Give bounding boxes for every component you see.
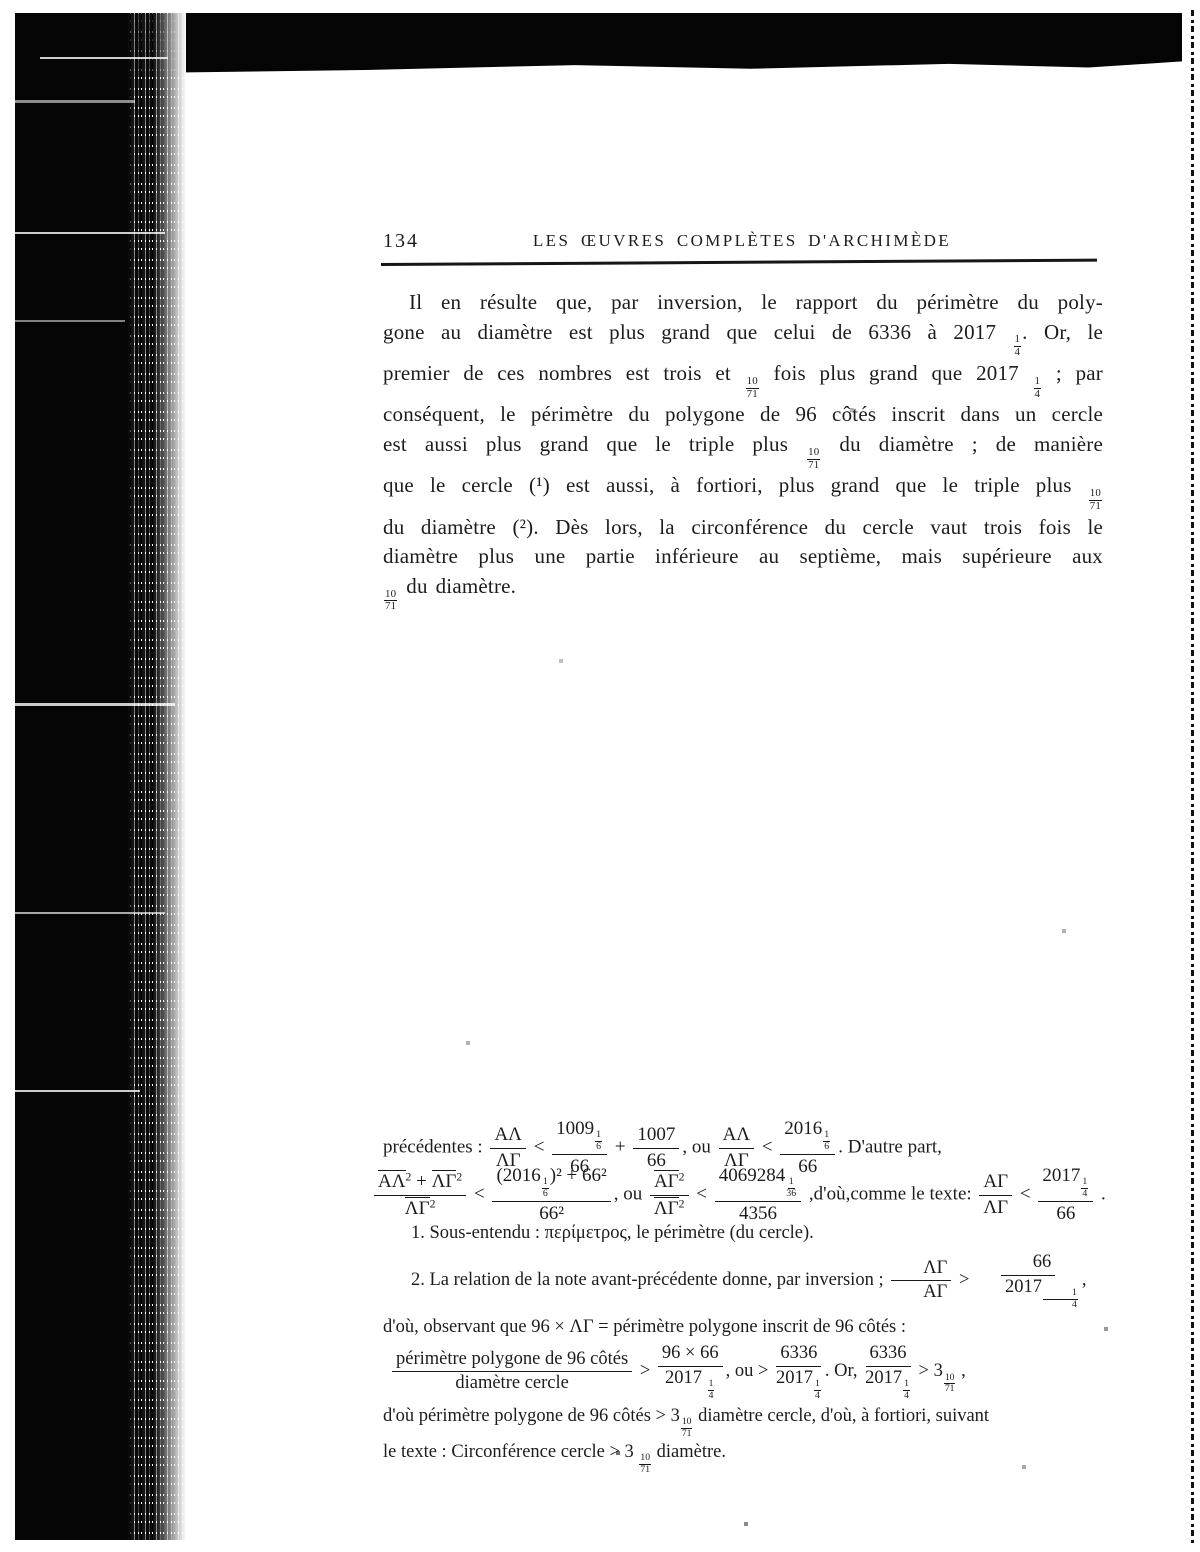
paragraph-line: est aussi plus grand que le triple plus …	[383, 430, 1103, 471]
paragraph-line: premier de ces nombres est trois et 1071…	[383, 359, 1103, 400]
scan-white-streak	[40, 57, 168, 59]
scan-white-streak	[15, 912, 165, 914]
footnotes: 1. Sous-entendu : περίμετρος, le périmèt…	[383, 1220, 1107, 1475]
paragraph-line: gone au diamètre est plus grand que celu…	[383, 318, 1103, 359]
main-paragraph: Il en résulte que, par inversion, le rap…	[383, 288, 1103, 613]
page-header: 134 LES ŒUVRES COMPLÈTES D'ARCHIMÈDE	[383, 228, 1101, 254]
footnote-2-line: le texte : Circonférence cercle > 3 1071…	[383, 1439, 1107, 1475]
running-title: LES ŒUVRES COMPLÈTES D'ARCHIMÈDE	[383, 228, 1101, 251]
footnote-2-line: périmètre polygone de 96 côtésdiamètre c…	[383, 1341, 1107, 1403]
scan-top-black-bar	[15, 13, 1182, 75]
footnote-1: 1. Sous-entendu : περίμετρος, le périmèt…	[383, 1220, 1107, 1247]
paragraph-line: 1071 du diamètre.	[383, 572, 1103, 613]
scan-left-binding-black	[15, 13, 132, 1540]
scan-white-streak	[15, 320, 125, 322]
scanned-book-page: 134 LES ŒUVRES COMPLÈTES D'ARCHIMÈDE Il …	[0, 0, 1200, 1552]
scan-speckles	[0, 0, 2, 2]
footnote-2-line: 2. La relation de la note avant-précéden…	[383, 1247, 1107, 1314]
header-rule	[381, 259, 1097, 266]
footnote-2-line: d'où périmètre polygone de 96 côtés > 31…	[383, 1403, 1107, 1439]
page-number: 134	[383, 230, 419, 253]
paragraph-line: du diamètre (²). Dès lors, la circonfére…	[383, 513, 1103, 543]
formula-line: ΑΛ2 + ΛΓ2ΛΓ2 < (201616)² + 66²66², ou ΑΓ…	[371, 1165, 1111, 1212]
formula-line: précédentes : ΑΛΛΓ < 10091666 + 100766, …	[371, 1118, 1111, 1165]
scan-right-dashed-edge	[1191, 10, 1194, 1546]
scan-left-noise-texture	[128, 13, 186, 1540]
paragraph-line: conséquent, le périmètre du polygone de …	[383, 400, 1103, 430]
paragraph-line: Il en résulte que, par inversion, le rap…	[383, 288, 1103, 318]
scan-white-streak	[15, 703, 175, 706]
scan-white-streak	[15, 100, 135, 103]
footnote-2-line: d'où, observant que 96 × ΛΓ = périmètre …	[383, 1314, 1107, 1341]
paragraph-line: diamètre plus une partie inférieure au s…	[383, 542, 1103, 572]
footnote-formulas: précédentes : ΑΛΛΓ < 10091666 + 100766, …	[371, 1118, 1111, 1212]
scan-white-streak	[15, 1090, 140, 1092]
scan-white-streak	[15, 232, 165, 234]
paragraph-line: que le cercle (¹) est aussi, à fortiori,…	[383, 471, 1103, 512]
